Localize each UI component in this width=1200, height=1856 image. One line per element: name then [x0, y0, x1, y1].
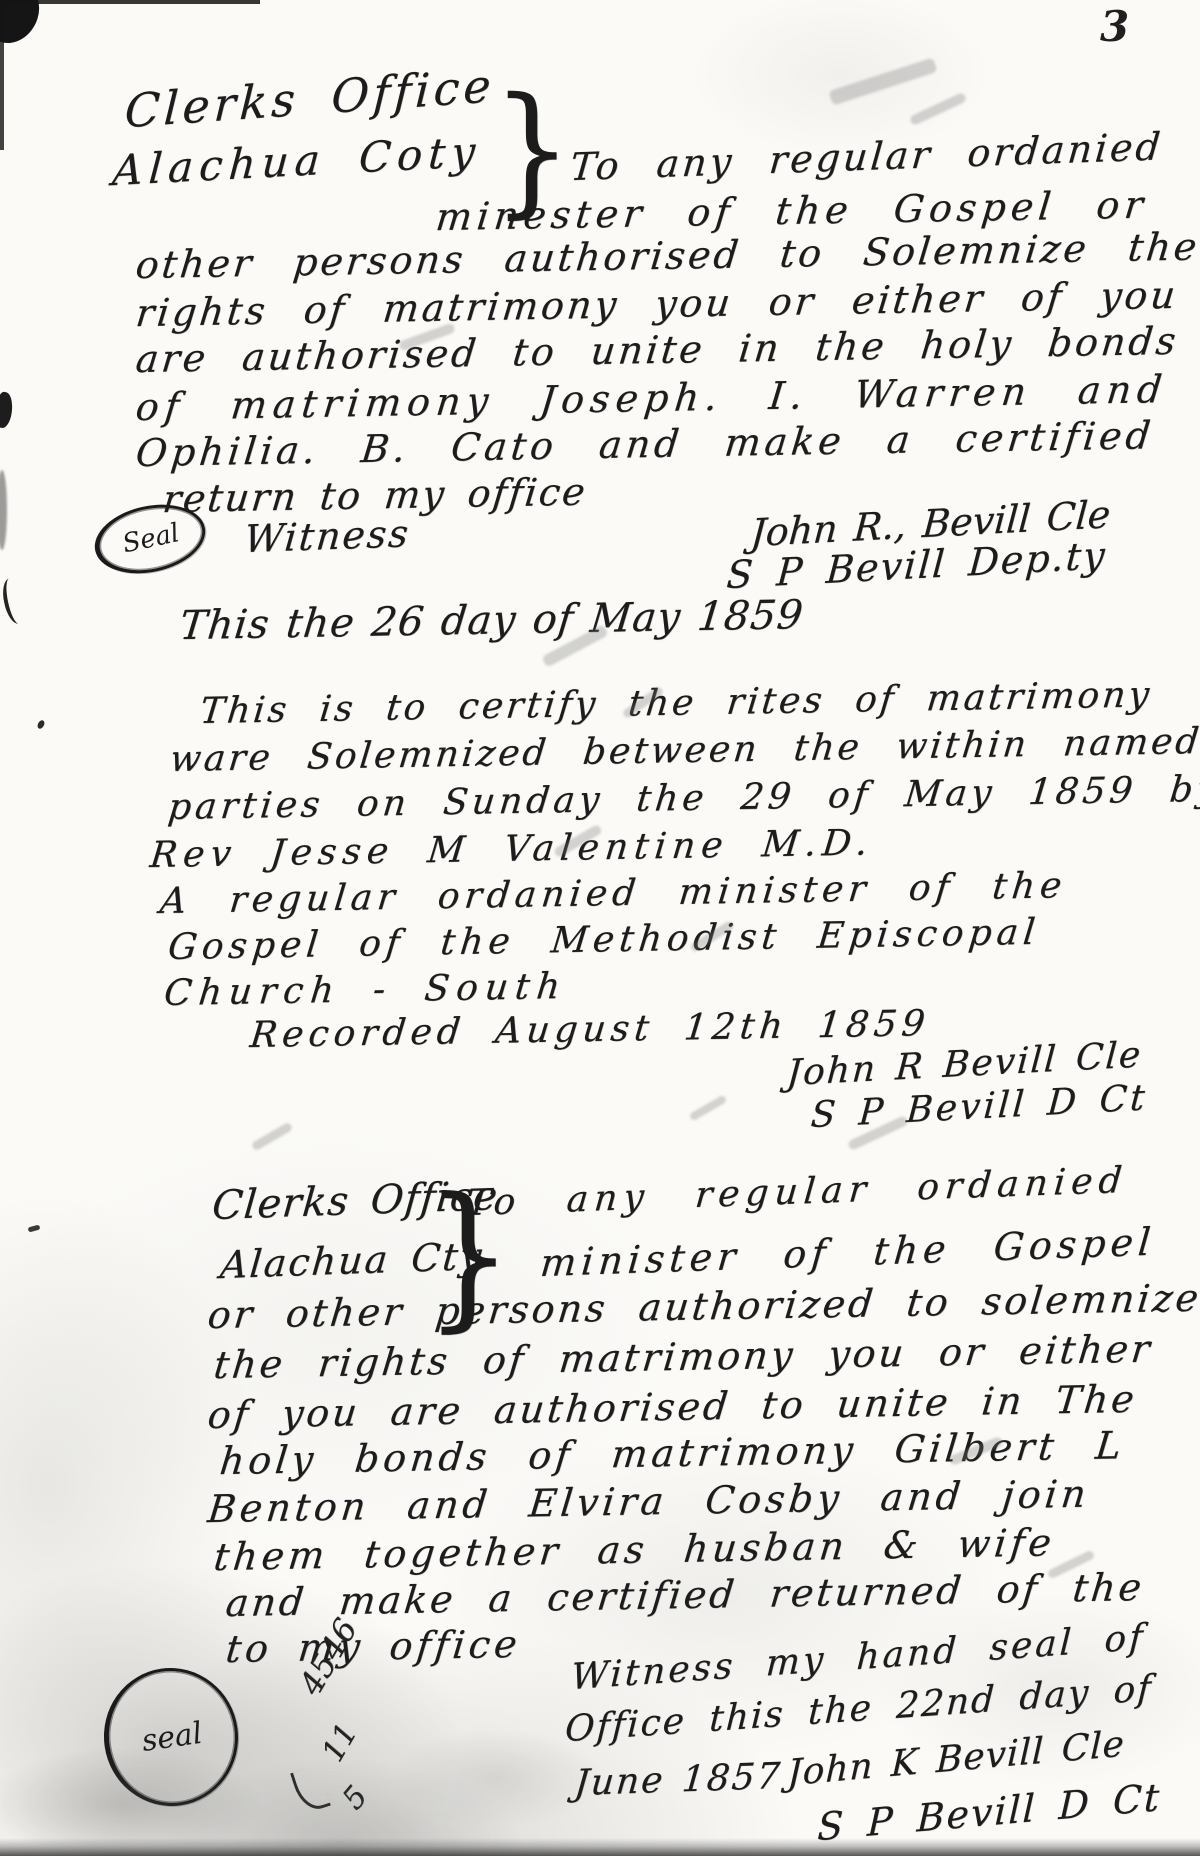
handwritten-line: To any regular ordanied [465, 1163, 1129, 1222]
handwritten-line: ware Solemnized between the within named [168, 724, 1200, 778]
seal-label: Seal [120, 518, 182, 559]
handwritten-line: Witness [243, 514, 412, 558]
margin-ink-dash [28, 1225, 41, 1233]
handwritten-line: Alachua Coty [111, 131, 482, 193]
top-edge-line [0, 0, 260, 4]
handwritten-line: To any regular ordanied [569, 127, 1165, 186]
scan-noise-region [0, 1596, 620, 1856]
handwritten-line: Benton and Elvira Cosby and join [206, 1475, 1092, 1528]
handwritten-line: Clerks Office [124, 62, 496, 134]
handwritten-line: or other persons authorized to solemnize… [206, 1278, 1200, 1334]
left-edge-blot [0, 391, 14, 429]
left-edge-line [0, 0, 4, 150]
handwritten-line: S P Bevill D Ct [817, 1778, 1162, 1846]
brace-mark: } [424, 1186, 513, 1327]
handwritten-line: Gospel of the Methodist Episcopal [166, 915, 1041, 966]
scanned-document-page: 3 Clerks OfficeAlachua CotyTo any regula… [0, 0, 1200, 1856]
smudge [689, 1095, 728, 1122]
handwritten-line: the rights of matrimony you or either [212, 1330, 1154, 1384]
handwritten-line: A regular ordanied minister of the [158, 868, 1068, 920]
page-number: 3 [1100, 2, 1129, 51]
handwritten-line: This the 26 day of May 1859 [178, 595, 806, 646]
handwritten-line: Recorded August 12th 1859 [248, 1006, 931, 1054]
handwritten-line: Church - South [162, 969, 568, 1012]
handwritten-line: parties on Sunday the 29 of May 1859 by [166, 772, 1200, 826]
handwritten-line: Rev Jesse M Valentine M.D. [148, 825, 875, 874]
handwritten-line: return to my office [161, 473, 589, 518]
handwritten-line: This is to certify the rites of matrimon… [198, 677, 1153, 730]
smudge [828, 57, 937, 105]
scan-edge-strip [0, 1838, 1200, 1856]
margin-ink-dot [36, 719, 46, 730]
margin-paren-stroke [0, 576, 29, 625]
smudge [251, 1122, 294, 1152]
brace-mark: } [492, 86, 572, 213]
left-edge-smudge [0, 470, 7, 550]
smudge [909, 92, 968, 126]
handwritten-line: minister of the Gospel [539, 1223, 1157, 1283]
corner-ink-blot [0, 0, 46, 51]
